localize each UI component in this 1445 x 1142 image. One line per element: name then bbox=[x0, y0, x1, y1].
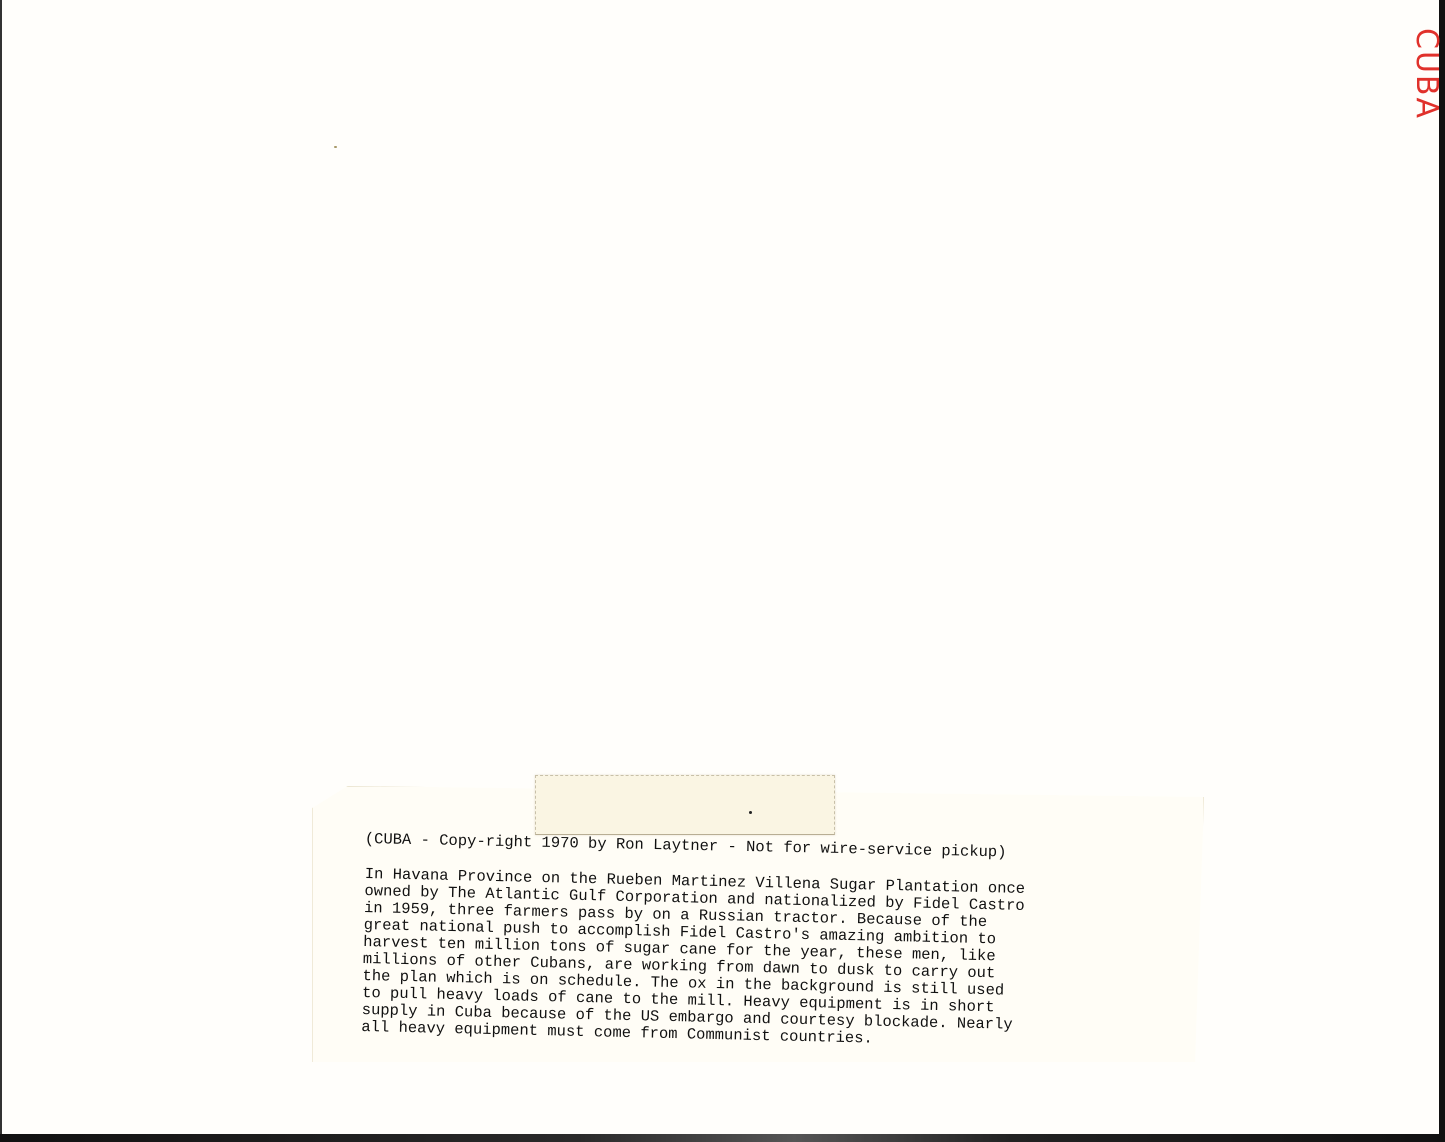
tape-dirt-dot bbox=[749, 811, 752, 814]
scan-edge-bottom bbox=[0, 1134, 1445, 1142]
caption-body: In Havana Province on the Rueben Martine… bbox=[361, 866, 1125, 1053]
handwritten-country-mark: CUBA bbox=[1412, 28, 1440, 68]
paper-speck bbox=[334, 146, 337, 148]
adhesive-tape bbox=[535, 775, 835, 835]
scan-edge-left bbox=[0, 0, 2, 1142]
scan-edge-right bbox=[1439, 0, 1445, 1142]
